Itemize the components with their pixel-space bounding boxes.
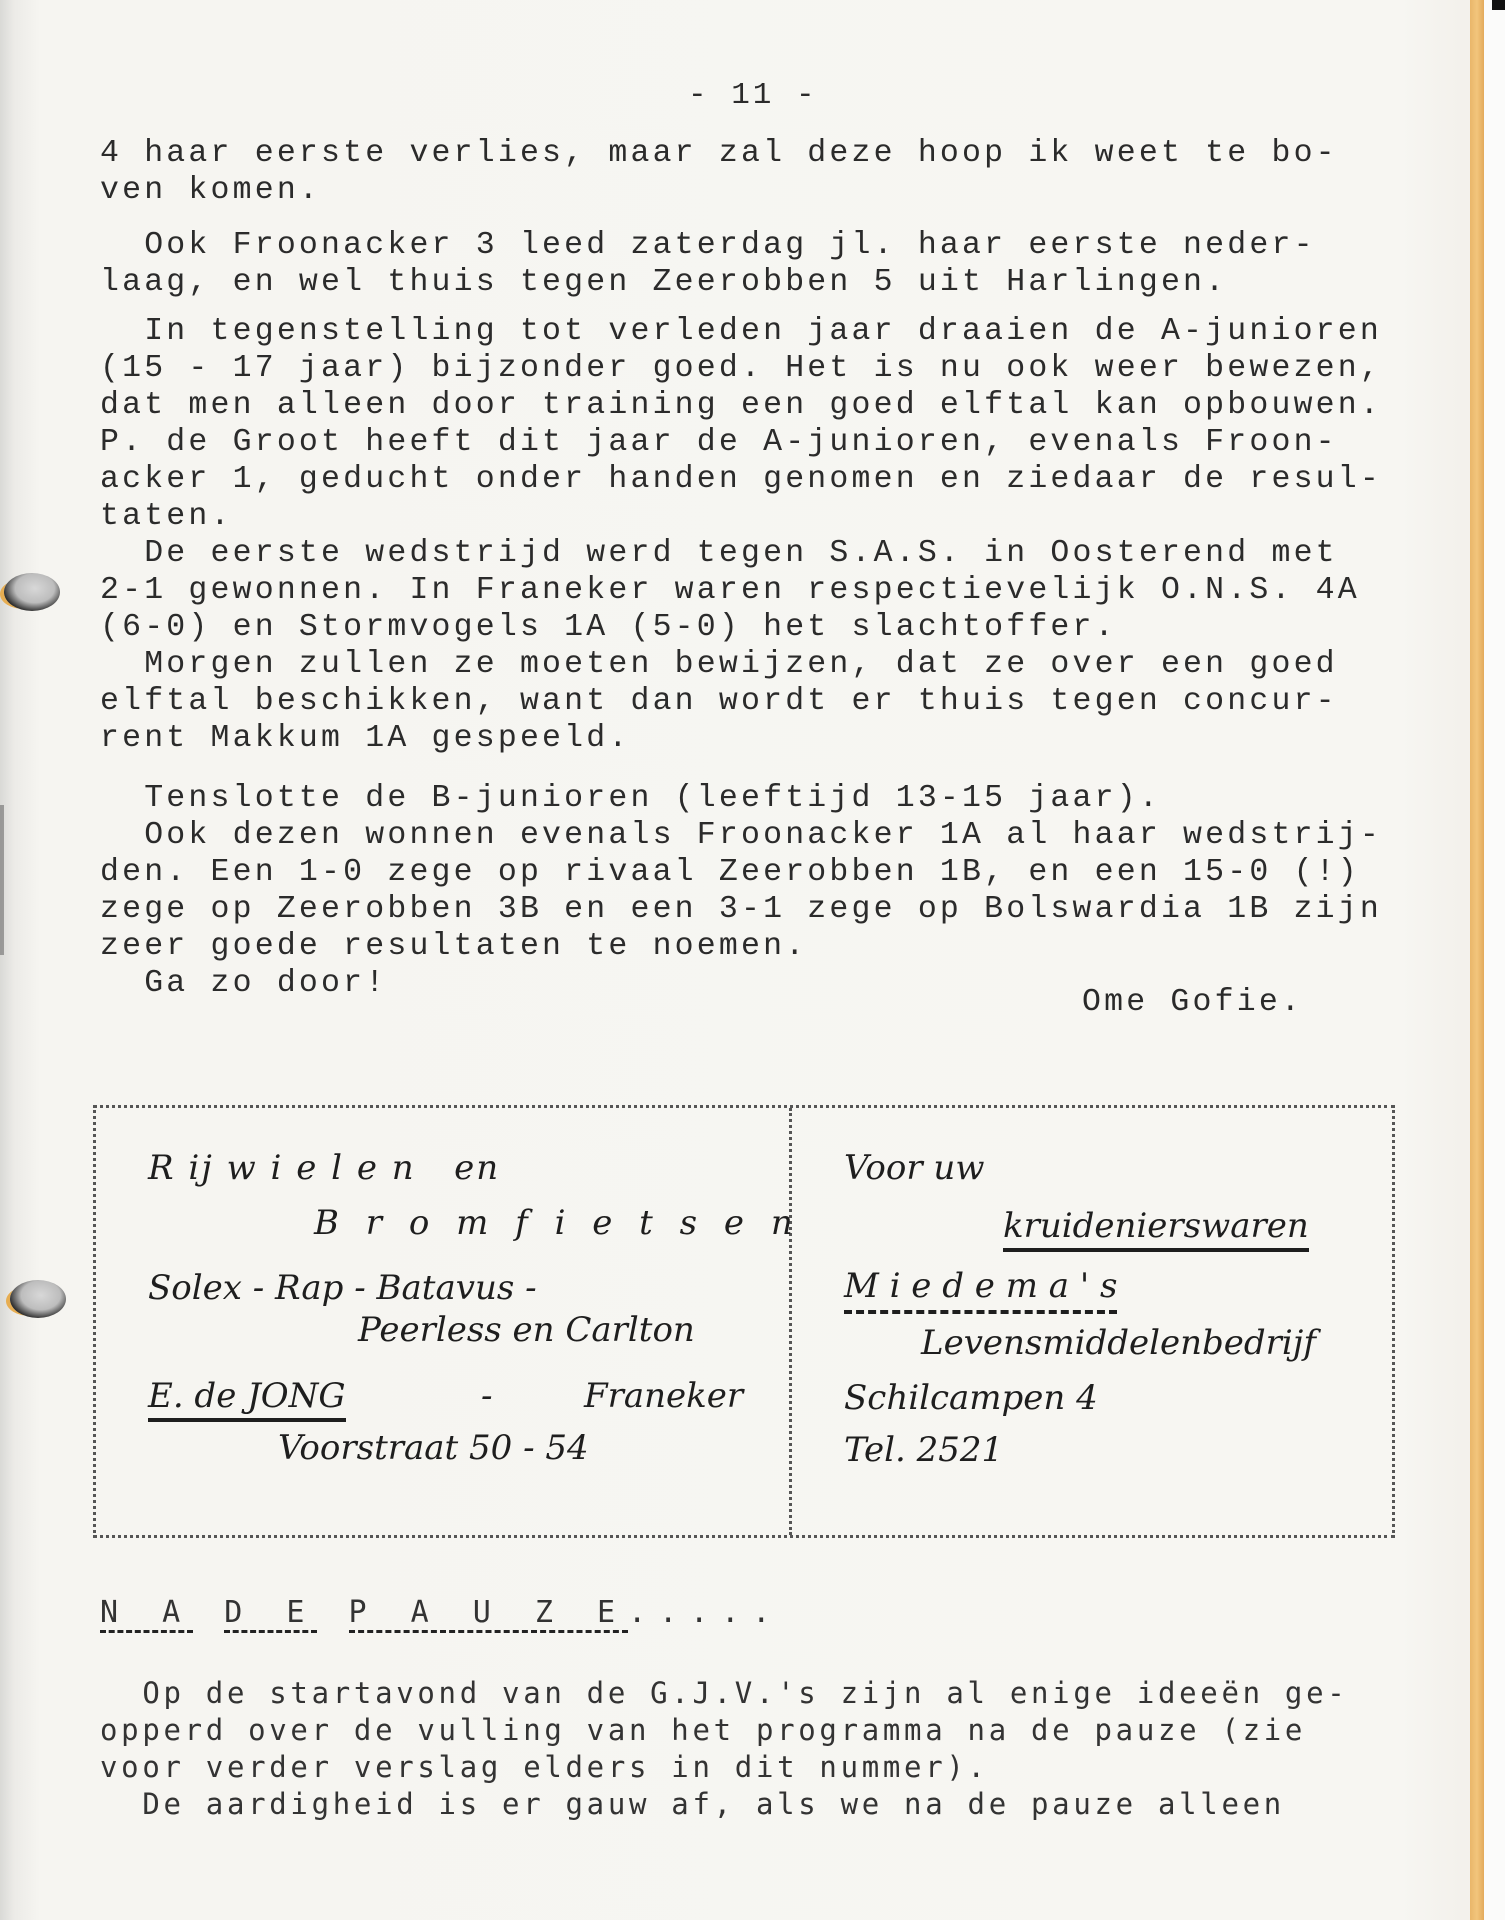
ad-left-dash: -: [481, 1376, 493, 1416]
signature: Ome Gofie.: [1082, 985, 1303, 1020]
punch-hole-bottom: [10, 1280, 66, 1318]
ad-right-line2: kruidenierswaren: [1003, 1206, 1309, 1252]
ad-right-line1: Voor uw: [844, 1148, 984, 1188]
ad-right-address: Schilcampen 4: [844, 1378, 1098, 1418]
text-line: rent Makkum 1A gespeeld.: [100, 720, 1382, 757]
ad-left-brands: Solex - Rap - Batavus -: [148, 1268, 537, 1308]
advertisement-box: R ij w i e l e n en B r o m f i e t s e …: [93, 1105, 1395, 1538]
scan-corner: [1492, 0, 1505, 10]
punch-hole-top: [4, 573, 60, 611]
article-paragraph-b-junioren: Tenslotte de B-junioren (leeftijd 13-15 …: [100, 780, 1382, 1002]
text-line: acker 1, geducht onder handen genomen en…: [100, 461, 1382, 498]
page-edge-orange: [1470, 0, 1484, 1920]
text-line: voor verder verslag elders in dit nummer…: [100, 1749, 1348, 1786]
binder-shadow: [0, 805, 4, 955]
text-line: 2-1 gewonnen. In Franeker waren respecti…: [100, 572, 1382, 609]
text-line: Morgen zullen ze moeten bewijzen, dat ze…: [100, 646, 1382, 683]
heading-dots: .....: [628, 1595, 783, 1630]
text-line: (15 - 17 jaar) bijzonder goed. Het is nu…: [100, 350, 1382, 387]
text-line: P. de Groot heeft dit jaar de A-junioren…: [100, 424, 1382, 461]
ad-right-phone: Tel. 2521: [844, 1430, 1003, 1470]
text-line: dat men alleen door training een goed el…: [100, 387, 1382, 424]
heading-word-na: N A: [100, 1595, 193, 1633]
text-line: Ook dezen wonnen evenals Froonacker 1A a…: [100, 817, 1382, 854]
text-line: 4 haar eerste verlies, maar zal deze hoo…: [100, 135, 1338, 172]
text-line: elftal beschikken, want dan wordt er thu…: [100, 683, 1382, 720]
section-heading-na-de-pauze: N A D E P A U Z E.....: [100, 1595, 783, 1630]
text-line: In tegenstelling tot verleden jaar draai…: [100, 313, 1382, 350]
text-line: (6-0) en Stormvogels 1A (5-0) het slacht…: [100, 609, 1382, 646]
text-line: zeer goede resultaten te noemen.: [100, 928, 1382, 965]
text-line: Tenslotte de B-junioren (leeftijd 13-15 …: [100, 780, 1382, 817]
text-line: den. Een 1-0 zege op rivaal Zeerobben 1B…: [100, 854, 1382, 891]
page-edge-background: [1484, 0, 1505, 1920]
ad-right-line3: Levensmiddelenbedrijf: [921, 1323, 1316, 1363]
text-line: Op de startavond van de G.J.V.'s zijn al…: [100, 1675, 1348, 1712]
heading-word-pauze: P A U Z E: [349, 1595, 629, 1633]
ad-left-address: Voorstraat 50 - 54: [278, 1428, 589, 1468]
ad-divider: [789, 1108, 792, 1535]
article-paragraph-a-junioren: In tegenstelling tot verleden jaar draai…: [100, 313, 1382, 757]
text-line: ven komen.: [100, 172, 1338, 209]
page-number: - 11 -: [688, 77, 818, 114]
ad-right-name: M i e d e m a ' s: [844, 1266, 1117, 1314]
text-line: De aardigheid is er gauw af, als we na d…: [100, 1786, 1348, 1823]
article-paragraph-1: 4 haar eerste verlies, maar zal deze hoo…: [100, 135, 1338, 209]
heading-word-de: D E: [224, 1595, 317, 1633]
ad-left-line2: B r o m f i e t s e n: [314, 1203, 801, 1243]
ad-left-city: Franeker: [584, 1376, 743, 1416]
text-line: zege op Zeerobben 3B en een 3-1 zege op …: [100, 891, 1382, 928]
text-line: opperd over de vulling van het programma…: [100, 1712, 1348, 1749]
text-line: laag, en wel thuis tegen Zeerobben 5 uit…: [100, 264, 1316, 301]
ad-left-brands-2: Peerless en Carlton: [358, 1310, 695, 1350]
text-line: taten.: [100, 498, 1382, 535]
ad-left-line1: R ij w i e l e n en: [148, 1148, 500, 1188]
ad-left-owner: E. de JONG: [148, 1376, 346, 1422]
text-line: Ook Froonacker 3 leed zaterdag jl. haar …: [100, 227, 1316, 264]
article-paragraph-2: Ook Froonacker 3 leed zaterdag jl. haar …: [100, 227, 1316, 301]
pauze-paragraph: Op de startavond van de G.J.V.'s zijn al…: [100, 1675, 1348, 1823]
text-line: De eerste wedstrijd werd tegen S.A.S. in…: [100, 535, 1382, 572]
